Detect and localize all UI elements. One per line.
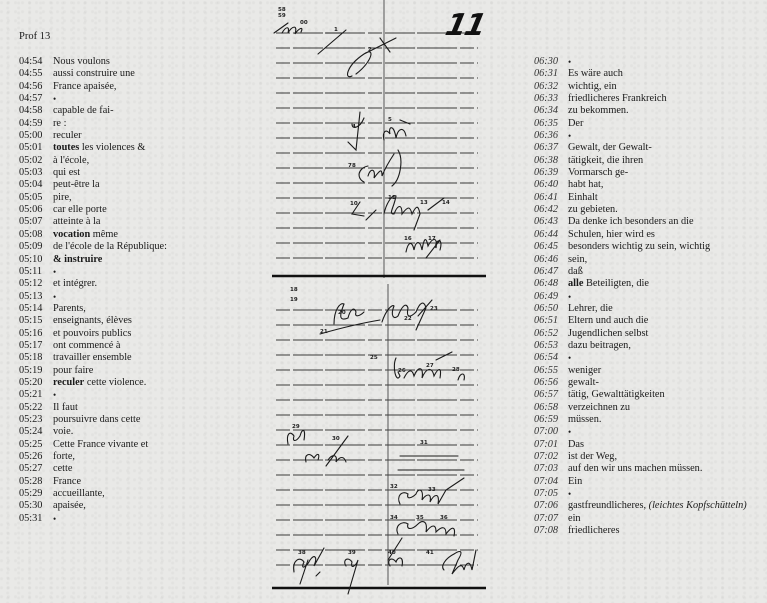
transcript-text: Nous voulons: [53, 56, 110, 68]
timecode: 06:49: [534, 291, 568, 303]
timecode: 05:21: [19, 389, 53, 401]
transcript-row: 05:29accueillante,: [19, 488, 167, 500]
notation-marker: 32: [390, 484, 398, 490]
timecode: 06:53: [534, 340, 568, 352]
line-text: tätigkeit, die ihren: [568, 155, 643, 166]
transcript-text: Jugendlichen selbst: [568, 328, 648, 340]
notation-marker: 40: [388, 550, 396, 556]
timecode: 07:08: [534, 525, 568, 537]
timecode: 06:46: [534, 254, 568, 266]
transcript-row: 06:45besonders wichtig zu sein, wichtig: [534, 241, 747, 253]
line-text: et pouvoirs publics: [53, 328, 131, 339]
transcript-text: atteinte à la: [53, 216, 100, 228]
timecode: 06:35: [534, 118, 568, 130]
transcript-text: à l'école,: [53, 155, 89, 167]
line-text: zu gebieten.: [568, 204, 618, 215]
line-text: Es wäre auch: [568, 68, 623, 79]
transcript-text: Eltern und auch die: [568, 315, 648, 327]
line-text: pour faire: [53, 365, 93, 376]
line-text: aussi construire une: [53, 68, 135, 79]
timecode: 07:07: [534, 513, 568, 525]
line-text: à l'école,: [53, 155, 89, 166]
line-text: sein,: [568, 254, 587, 265]
timecode: 05:31: [19, 513, 53, 525]
timecode: 05:24: [19, 426, 53, 438]
transcript-row: 05:23poursuivre dans cette: [19, 414, 167, 426]
transcript-text: friedlicheres: [568, 525, 619, 537]
line-text: accueillante,: [53, 488, 105, 499]
timecode: 05:11: [19, 266, 53, 278]
transcript-text: France apaisée,: [53, 81, 116, 93]
timecode: 07:02: [534, 451, 568, 463]
line-text: ist der Weg,: [568, 451, 617, 462]
timecode: 05:09: [19, 241, 53, 253]
transcript-row: 05:15enseignants, élèves: [19, 315, 167, 327]
notation-marker: 10: [350, 201, 358, 207]
timecode: 06:41: [534, 192, 568, 204]
timecode: 06:45: [534, 241, 568, 253]
transcript-text: capable de fai-: [53, 105, 114, 117]
notation-marker: 1: [334, 27, 338, 33]
transcript-row: 06:52Jugendlichen selbst: [534, 328, 747, 340]
transcript-row: 04:55aussi construire une: [19, 68, 167, 80]
notation-marker: 23: [430, 306, 438, 312]
transcript-text: Einhalt: [568, 192, 598, 204]
timecode: 06:58: [534, 402, 568, 414]
transcript-row: 07:00•: [534, 426, 747, 438]
timecode: 06:37: [534, 142, 568, 154]
line-text: Gewalt, der Gewalt-: [568, 142, 652, 153]
page-number: 11: [442, 8, 487, 43]
notation-marker: 4: [352, 124, 356, 130]
line-text: auf den wir uns machen müssen.: [568, 463, 702, 474]
transcript-row: 06:40habt hat,: [534, 179, 747, 191]
timecode: 05:03: [19, 167, 53, 179]
timecode: 05:05: [19, 192, 53, 204]
timecode: 07:03: [534, 463, 568, 475]
timecode: 07:04: [534, 476, 568, 488]
transcript-row: 06:47daß: [534, 266, 747, 278]
transcript-row: 06:34zu bekommen.: [534, 105, 747, 117]
timecode: 05:14: [19, 303, 53, 315]
timecode: 05:22: [19, 402, 53, 414]
emphasis-text: & instruire: [53, 254, 102, 265]
line-text: re :: [53, 118, 66, 129]
transcript-text: tätigkeit, die ihren: [568, 155, 643, 167]
timecode: 04:54: [19, 56, 53, 68]
transcript-text: Es wäre auch: [568, 68, 623, 80]
transcript-text: travailler ensemble: [53, 352, 132, 364]
notation-marker: 28: [452, 367, 460, 373]
handwritten-notation-sheet: 11 5859001245781011131416171819202122232…: [268, 0, 518, 603]
timecode: 06:30: [534, 56, 568, 68]
notation-marker: 27: [426, 363, 434, 369]
notation-marker: 39: [348, 550, 356, 556]
transcript-text: Vormarsch ge-: [568, 167, 628, 179]
timecode: 06:42: [534, 204, 568, 216]
emphasis-text: reculer: [53, 377, 84, 388]
transcript-text: ist der Weg,: [568, 451, 617, 463]
line-text: travailler ensemble: [53, 352, 132, 363]
line-text: Der: [568, 118, 583, 129]
notation-marker: 25: [370, 355, 378, 361]
line-text: •: [568, 57, 571, 67]
transcript-row: 06:35Der: [534, 118, 747, 130]
transcript-row: 06:37Gewalt, der Gewalt-: [534, 142, 747, 154]
transcript-row: 06:39Vormarsch ge-: [534, 167, 747, 179]
transcript-text: friedlicheres Frankreich: [568, 93, 667, 105]
transcript-row: 04:59re :: [19, 118, 167, 130]
notation-marker: 19: [290, 297, 298, 303]
transcript-text: wichtig, ein: [568, 81, 617, 93]
timecode: 06:52: [534, 328, 568, 340]
transcript-row: 05:18travailler ensemble: [19, 352, 167, 364]
line-text: apaisée,: [53, 500, 86, 511]
timecode: 05:17: [19, 340, 53, 352]
transcript-row: 06:49•: [534, 291, 747, 303]
transcript-row: 06:43Da denke ich besonders an die: [534, 216, 747, 228]
transcript-row: 05:16et pouvoirs publics: [19, 328, 167, 340]
line-text: •: [53, 390, 56, 400]
transcript-text: peut-être la: [53, 179, 100, 191]
transcript-row: 05:09de l'école de la République:: [19, 241, 167, 253]
line-text: •: [568, 489, 571, 499]
transcript-text: vocation même: [53, 229, 118, 241]
notation-marker: 8: [352, 163, 356, 169]
transcript-row: 05:28France: [19, 476, 167, 488]
timecode: 05:04: [19, 179, 53, 191]
line-text: et intégrer.: [53, 278, 97, 289]
timecode: 05:30: [19, 500, 53, 512]
transcript-text: weniger: [568, 365, 601, 377]
line-text: müssen.: [568, 414, 601, 425]
line-text: poursuivre dans cette: [53, 414, 141, 425]
timecode: 05:08: [19, 229, 53, 241]
transcript-row: 05:13•: [19, 291, 167, 303]
transcript-text: dazu beitragen,: [568, 340, 631, 352]
timecode: 05:00: [19, 130, 53, 142]
timecode: 05:19: [19, 365, 53, 377]
timecode: 05:18: [19, 352, 53, 364]
notation-marker: 5: [388, 117, 392, 123]
timecode: 05:15: [19, 315, 53, 327]
transcript-row: 06:58verzeichnen zu: [534, 402, 747, 414]
transcript-row: 05:22Il faut: [19, 402, 167, 414]
line-text: car elle porte: [53, 204, 107, 215]
transcript-row: 05:01toutes les violences &: [19, 142, 167, 154]
transcript-text: •: [568, 352, 571, 364]
line-text: •: [568, 353, 571, 363]
annotation-text: (leichtes Kopfschütteln): [649, 500, 747, 511]
timecode: 06:56: [534, 377, 568, 389]
notation-marker: 17: [428, 236, 436, 242]
transcript-text: Cette France vivante et: [53, 439, 148, 451]
timecode: 05:13: [19, 291, 53, 303]
transcript-row: 05:21•: [19, 389, 167, 401]
transcript-text: auf den wir uns machen müssen.: [568, 463, 702, 475]
transcript-text: ein: [568, 513, 581, 525]
transcript-row: 06:48alle Beteiligten, die: [534, 278, 747, 290]
timecode: 04:56: [19, 81, 53, 93]
timecode: 06:38: [534, 155, 568, 167]
transcript-row: 04:58capable de fai-: [19, 105, 167, 117]
timecode: 06:59: [534, 414, 568, 426]
transcript-text: daß: [568, 266, 583, 278]
transcript-text: •: [53, 513, 56, 525]
line-text: Da denke ich besonders an die: [568, 216, 694, 227]
line-text: wichtig, ein: [568, 81, 617, 92]
transcript-text: poursuivre dans cette: [53, 414, 141, 426]
line-text: verzeichnen zu: [568, 402, 630, 413]
transcript-row: 06:51Eltern und auch die: [534, 315, 747, 327]
transcript-text: qui est: [53, 167, 80, 179]
notation-marker: 13: [420, 200, 428, 206]
timecode: 06:55: [534, 365, 568, 377]
notation-marker: 41: [426, 550, 434, 556]
transcript-text: verzeichnen zu: [568, 402, 630, 414]
line-text: Beteiligten, die: [583, 278, 648, 289]
line-text: de l'école de la République:: [53, 241, 167, 252]
transcript-row: 05:24voie.: [19, 426, 167, 438]
transcript-text: Gewalt, der Gewalt-: [568, 142, 652, 154]
transcript-text: aussi construire une: [53, 68, 135, 80]
line-text: •: [568, 131, 571, 141]
timecode: 05:16: [19, 328, 53, 340]
transcript-text: France: [53, 476, 81, 488]
transcript-row: 06:50Lehrer, die: [534, 303, 747, 315]
transcript-row: 07:01Das: [534, 439, 747, 451]
notation-marker: 21: [320, 329, 328, 335]
line-text: France apaisée,: [53, 81, 116, 92]
line-text: tätig, Gewalttätigkeiten: [568, 389, 665, 400]
line-text: cette violence.: [84, 377, 146, 388]
timecode: 05:01: [19, 142, 53, 154]
transcript-text: et pouvoirs publics: [53, 328, 131, 340]
timecode: 05:25: [19, 439, 53, 451]
line-text: Vormarsch ge-: [568, 167, 628, 178]
transcript-row: 07:04Ein: [534, 476, 747, 488]
transcript-row: 05:11•: [19, 266, 167, 278]
transcript-row: 05:12et intégrer.: [19, 278, 167, 290]
transcript-row: 06:38tätigkeit, die ihren: [534, 155, 747, 167]
timecode: 05:06: [19, 204, 53, 216]
timecode: 06:33: [534, 93, 568, 105]
timecode: 06:44: [534, 229, 568, 241]
timecode: 05:20: [19, 377, 53, 389]
emphasis-text: alle: [568, 278, 583, 289]
line-text: •: [53, 514, 56, 524]
line-text: atteinte à la: [53, 216, 100, 227]
document-label: Prof 13: [19, 31, 50, 42]
notation-marker: 36: [440, 515, 448, 521]
timecode: 05:28: [19, 476, 53, 488]
transcript-row: 04:57•: [19, 93, 167, 105]
transcript-text: gewalt-: [568, 377, 599, 389]
line-text: •: [53, 94, 56, 104]
transcript-text: ont commencé à: [53, 340, 120, 352]
transcript-text: pour faire: [53, 365, 93, 377]
transcript-row: 06:59müssen.: [534, 414, 747, 426]
transcript-text: reculer: [53, 130, 82, 142]
transcript-row: 05:27cette: [19, 463, 167, 475]
transcript-row: 06:44Schulen, hier wird es: [534, 229, 747, 241]
line-text: habt hat,: [568, 179, 603, 190]
transcript-row: 07:07ein: [534, 513, 747, 525]
transcript-row: 05:03qui est: [19, 167, 167, 179]
transcript-row: 06:30•: [534, 56, 747, 68]
line-text: gastfreundlicheres,: [568, 500, 649, 511]
emphasis-text: toutes: [53, 142, 79, 153]
line-text: ont commencé à: [53, 340, 120, 351]
line-text: •: [568, 427, 571, 437]
timecode: 06:47: [534, 266, 568, 278]
line-text: voie.: [53, 426, 73, 437]
timecode: 06:40: [534, 179, 568, 191]
transcript-row: 06:33friedlicheres Frankreich: [534, 93, 747, 105]
transcript-text: & instruire: [53, 254, 102, 266]
notation-marker: 16: [404, 236, 412, 242]
transcript-text: •: [568, 291, 571, 303]
line-text: friedlicheres: [568, 525, 619, 536]
notation-marker: 2: [368, 47, 372, 53]
transcript-text: car elle porte: [53, 204, 107, 216]
timecode: 06:39: [534, 167, 568, 179]
transcript-row: 05:25Cette France vivante et: [19, 439, 167, 451]
timecode: 05:23: [19, 414, 53, 426]
transcript-row: 05:04peut-être la: [19, 179, 167, 191]
transcript-text: pire,: [53, 192, 72, 204]
transcript-text: •: [53, 389, 56, 401]
transcript-row: 06:42zu gebieten.: [534, 204, 747, 216]
transcript-row: 05:30apaisée,: [19, 500, 167, 512]
timecode: 05:26: [19, 451, 53, 463]
transcript-text: zu gebieten.: [568, 204, 618, 216]
transcript-text: Ein: [568, 476, 582, 488]
transcript-text: apaisée,: [53, 500, 86, 512]
transcript-row: 07:02ist der Weg,: [534, 451, 747, 463]
notation-marker: 20: [338, 310, 346, 316]
line-text: •: [53, 292, 56, 302]
timecode: 06:36: [534, 130, 568, 142]
line-text: qui est: [53, 167, 80, 178]
notation-lines: [268, 0, 518, 603]
transcript-row: 06:57tätig, Gewalttätigkeiten: [534, 389, 747, 401]
transcript-text: •: [568, 56, 571, 68]
emphasis-text: vocation: [53, 229, 90, 240]
line-text: •: [568, 292, 571, 302]
transcript-row: 06:54•: [534, 352, 747, 364]
line-text: Eltern und auch die: [568, 315, 648, 326]
notation-marker: 59: [278, 13, 286, 19]
transcript-text: •: [568, 488, 571, 500]
transcript-text: Da denke ich besonders an die: [568, 216, 694, 228]
timecode: 07:06: [534, 500, 568, 512]
transcript-row: 05:31•: [19, 513, 167, 525]
transcript-text: re :: [53, 118, 66, 130]
transcript-text: voie.: [53, 426, 73, 438]
line-text: Parents,: [53, 303, 86, 314]
notation-marker: 26: [398, 368, 406, 374]
transcript-text: Parents,: [53, 303, 86, 315]
notation-marker: 11: [388, 195, 396, 201]
notation-marker: 33: [428, 487, 436, 493]
transcript-text: enseignants, élèves: [53, 315, 132, 327]
transcript-text: •: [53, 291, 56, 303]
timecode: 05:02: [19, 155, 53, 167]
notation-marker: 35: [416, 515, 424, 521]
line-text: enseignants, élèves: [53, 315, 132, 326]
transcript-row: 06:32wichtig, ein: [534, 81, 747, 93]
notation-marker: 34: [390, 515, 398, 521]
left-transcript-column: 04:54Nous voulons04:55aussi construire u…: [19, 56, 167, 525]
transcript-text: accueillante,: [53, 488, 105, 500]
timecode: 06:34: [534, 105, 568, 117]
transcript-row: 05:06car elle porte: [19, 204, 167, 216]
timecode: 05:12: [19, 278, 53, 290]
line-text: zu bekommen.: [568, 105, 629, 116]
notation-marker: 14: [442, 200, 450, 206]
line-text: friedlicheres Frankreich: [568, 93, 667, 104]
line-text: Ein: [568, 476, 582, 487]
transcript-text: habt hat,: [568, 179, 603, 191]
timecode: 04:57: [19, 93, 53, 105]
transcript-row: 04:56France apaisée,: [19, 81, 167, 93]
transcript-row: 05:26forte,: [19, 451, 167, 463]
notation-marker: 30: [332, 436, 340, 442]
timecode: 06:32: [534, 81, 568, 93]
transcript-text: de l'école de la République:: [53, 241, 167, 253]
transcript-text: Schulen, hier wird es: [568, 229, 655, 241]
timecode: 06:50: [534, 303, 568, 315]
line-text: Cette France vivante et: [53, 439, 148, 450]
transcript-text: forte,: [53, 451, 75, 463]
transcript-row: 06:46sein,: [534, 254, 747, 266]
timecode: 04:55: [19, 68, 53, 80]
transcript-row: 05:08vocation même: [19, 229, 167, 241]
notation-marker: 22: [404, 316, 412, 322]
transcript-text: tätig, Gewalttätigkeiten: [568, 389, 665, 401]
right-transcript-column: 06:30•06:31Es wäre auch06:32wichtig, ein…: [534, 56, 747, 537]
transcript-row: 05:07atteinte à la: [19, 216, 167, 228]
transcript-text: et intégrer.: [53, 278, 97, 290]
line-text: Il faut: [53, 402, 78, 413]
notation-marker: 29: [292, 424, 300, 430]
timecode: 05:10: [19, 254, 53, 266]
transcript-row: 05:14Parents,: [19, 303, 167, 315]
transcript-text: zu bekommen.: [568, 105, 629, 117]
transcript-row: 07:08friedlicheres: [534, 525, 747, 537]
timecode: 06:51: [534, 315, 568, 327]
transcript-row: 06:55weniger: [534, 365, 747, 377]
line-text: cette: [53, 463, 72, 474]
timecode: 05:27: [19, 463, 53, 475]
timecode: 07:05: [534, 488, 568, 500]
line-text: Lehrer, die: [568, 303, 613, 314]
transcript-text: besonders wichtig zu sein, wichtig: [568, 241, 710, 253]
line-text: Nous voulons: [53, 56, 110, 67]
line-text: Schulen, hier wird es: [568, 229, 655, 240]
line-text: pire,: [53, 192, 72, 203]
line-text: France: [53, 476, 81, 487]
timecode: 06:31: [534, 68, 568, 80]
transcript-text: •: [53, 93, 56, 105]
timecode: 06:57: [534, 389, 568, 401]
transcript-row: 04:54Nous voulons: [19, 56, 167, 68]
line-text: daß: [568, 266, 583, 277]
transcript-row: 05:19pour faire: [19, 365, 167, 377]
transcript-row: 06:36•: [534, 130, 747, 142]
transcript-row: 06:31Es wäre auch: [534, 68, 747, 80]
